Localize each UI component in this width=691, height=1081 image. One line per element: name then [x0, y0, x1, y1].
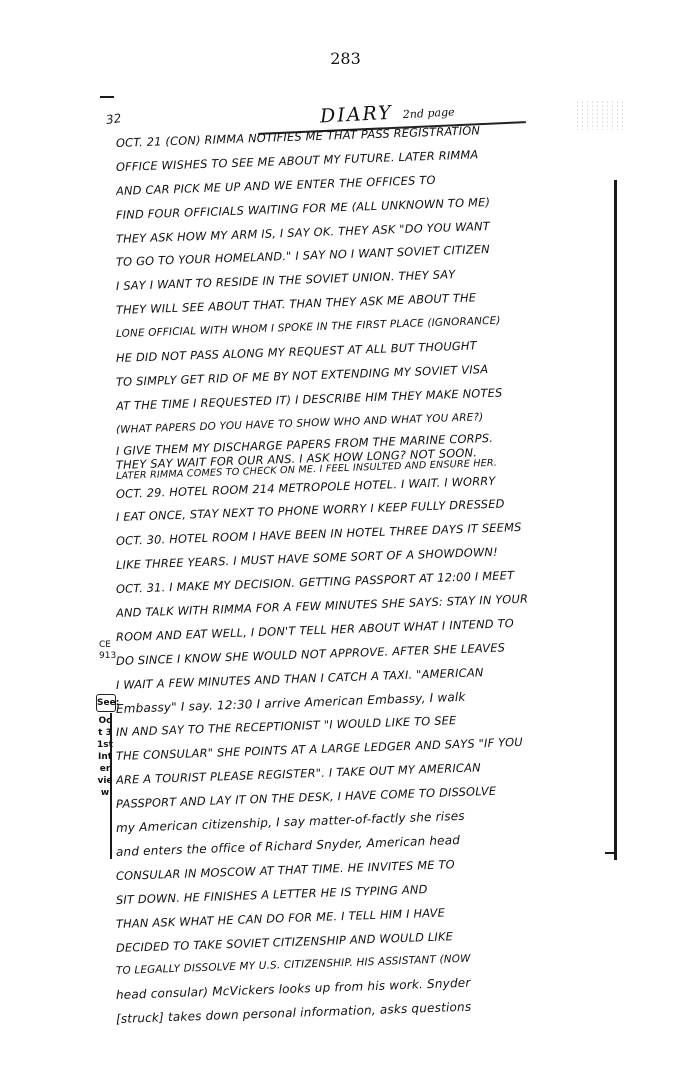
see-reference: Oct 31st Interview — [97, 715, 113, 799]
diary-title-note: 2nd page — [403, 105, 455, 121]
page-number: 283 — [0, 49, 691, 68]
leaf-number: 32 — [105, 111, 122, 127]
margin-see-note: See: Oct 31st Interview — [97, 697, 113, 799]
right-margin-rule — [614, 180, 617, 860]
handwritten-lines: Oct. 21 (con) Rimma notifies me that pas… — [116, 132, 614, 1032]
see-label: See: — [97, 697, 113, 709]
side-citation: CE 913 — [99, 640, 111, 662]
top-corner-mark — [100, 96, 114, 98]
